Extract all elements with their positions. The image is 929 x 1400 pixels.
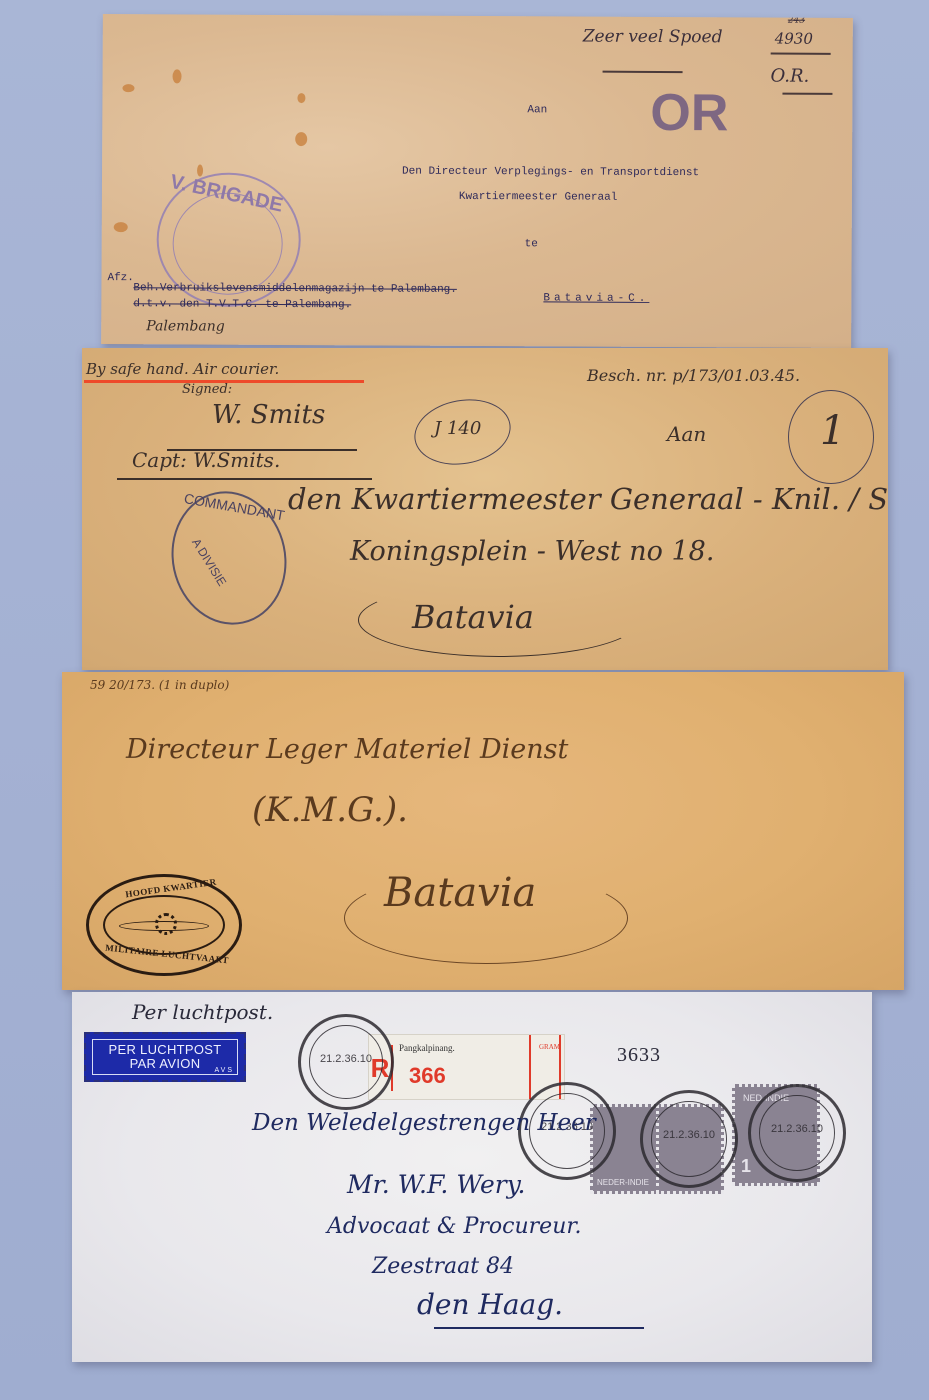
postmark-date: 21.2.36.10 xyxy=(301,1053,391,1065)
envelope-brigade: Zeer veel Spoed 243 4930 O.R. OR Aan Den… xyxy=(101,14,853,348)
envelope-luchtvaart: 59 20/173. (1 in duplo) Directeur Leger … xyxy=(62,672,904,990)
stain xyxy=(197,165,203,177)
stamp-country: NEDER-INDIE xyxy=(597,1178,649,1187)
signed-label: Signed: xyxy=(182,382,232,397)
airmail-line-1: PER LUCHTPOST xyxy=(86,1042,244,1057)
commandant-stamp-bottom: A DIVISIE xyxy=(189,536,229,589)
per-luchtpost-note: Per luchtpost. xyxy=(132,1000,273,1024)
safe-hand-note: By safe hand. Air courier. xyxy=(86,360,279,378)
registration-town: Pangkalpinang. xyxy=(399,1043,455,1053)
handwritten-sender: Palembang xyxy=(146,318,225,334)
red-divider xyxy=(529,1035,531,1099)
recipient-line-1: den Kwartiermeester Generaal - Knil. / S… xyxy=(288,482,888,516)
circled-code-text: J 140 xyxy=(434,418,481,439)
recipient-line-2: (K.M.G.). xyxy=(252,790,408,830)
city-flourish xyxy=(358,583,640,657)
recipient-line-1: Den Directeur Verplegings- en Transportd… xyxy=(402,166,699,180)
crossed-number: 243 xyxy=(788,16,805,26)
recipient-line-2: Koningsplein - West no 18. xyxy=(350,536,714,567)
signature: W. Smits xyxy=(212,400,325,430)
postmark: 21.2.36.10 xyxy=(640,1090,738,1188)
underline xyxy=(603,71,683,73)
underline xyxy=(771,53,831,55)
commandant-stamp: COMMANDANT A DIVISIE xyxy=(159,481,298,636)
registration-gram: GRAM xyxy=(539,1043,560,1051)
recipient-line-3: Advocaat & Procureur. xyxy=(327,1214,581,1239)
registration-number: 366 xyxy=(409,1063,446,1089)
postmark-date: 21.2.36.10 xyxy=(643,1129,735,1141)
envelope-air-courier: By safe hand. Air courier. Signed: W. Sm… xyxy=(82,348,888,670)
stain xyxy=(173,69,182,83)
stamp-value: 1 xyxy=(741,1156,751,1177)
sender-line-2: d.t.v. den T.V.T.C. te Palembang. xyxy=(133,298,351,311)
underline xyxy=(117,478,372,480)
registration-label: R Pangkalpinang. 366 GRAM xyxy=(368,1034,565,1100)
stain xyxy=(297,93,305,103)
commandant-stamp-top: COMMANDANT xyxy=(183,490,286,523)
reference-number: Besch. nr. p/173/01.03.45. xyxy=(587,366,800,385)
airmail-code: AVS xyxy=(215,1067,235,1074)
recipient-line-4: Zeestraat 84 xyxy=(372,1254,514,1279)
aan-label: Aan xyxy=(527,104,547,116)
or-stamp: OR xyxy=(650,83,728,143)
captain-name: Capt: W.Smits. xyxy=(132,448,280,472)
circled-number-text: 1 xyxy=(820,408,845,454)
recipient-line-2: Kwartiermeester Generaal xyxy=(459,191,617,204)
postmark: 21.2.36.10 xyxy=(748,1084,846,1182)
destination-city: den Haag. xyxy=(417,1288,563,1321)
stain xyxy=(114,222,128,232)
postmark: 21.2.36.10 xyxy=(298,1014,394,1110)
stain xyxy=(295,132,307,146)
city-flourish xyxy=(344,872,628,964)
sender-line-1: Beh.Verbruikslevensmiddelenmagazijn te P… xyxy=(133,282,457,296)
te-label: te xyxy=(525,238,538,250)
underline xyxy=(434,1327,644,1329)
reference-note: 59 20/173. (1 in duplo) xyxy=(90,678,229,692)
airmail-label: PER LUCHTPOST PAR AVION AVS xyxy=(84,1032,246,1082)
aan-label: Aan xyxy=(667,422,706,446)
handwritten-urgent: Zeer veel Spoed xyxy=(583,27,723,48)
militaire-luchtvaart-stamp: HOOFD KWARTIER MILITAIRE LUCHTVAART xyxy=(86,874,242,976)
envelope-airmail: Per luchtpost. PER LUCHTPOST PAR AVION A… xyxy=(72,992,872,1362)
underline xyxy=(782,93,832,95)
stain xyxy=(122,84,134,92)
file-number: 4930 xyxy=(775,30,813,48)
postmark-date: 21.2.36.10 xyxy=(751,1123,843,1135)
destination-city: Batavia-C. xyxy=(543,292,649,305)
handwritten-or: O.R. xyxy=(770,66,809,87)
engine-icon xyxy=(155,913,177,935)
cover-number: 3633 xyxy=(617,1044,661,1067)
recipient-line-2: Mr. W.F. Wery. xyxy=(347,1170,525,1199)
recipient-line-1: Directeur Leger Materiel Dienst xyxy=(126,734,568,765)
sender-label: Afz. xyxy=(107,272,133,284)
recipient-line-1: Den Weledelgestrengen Heer xyxy=(252,1110,596,1136)
